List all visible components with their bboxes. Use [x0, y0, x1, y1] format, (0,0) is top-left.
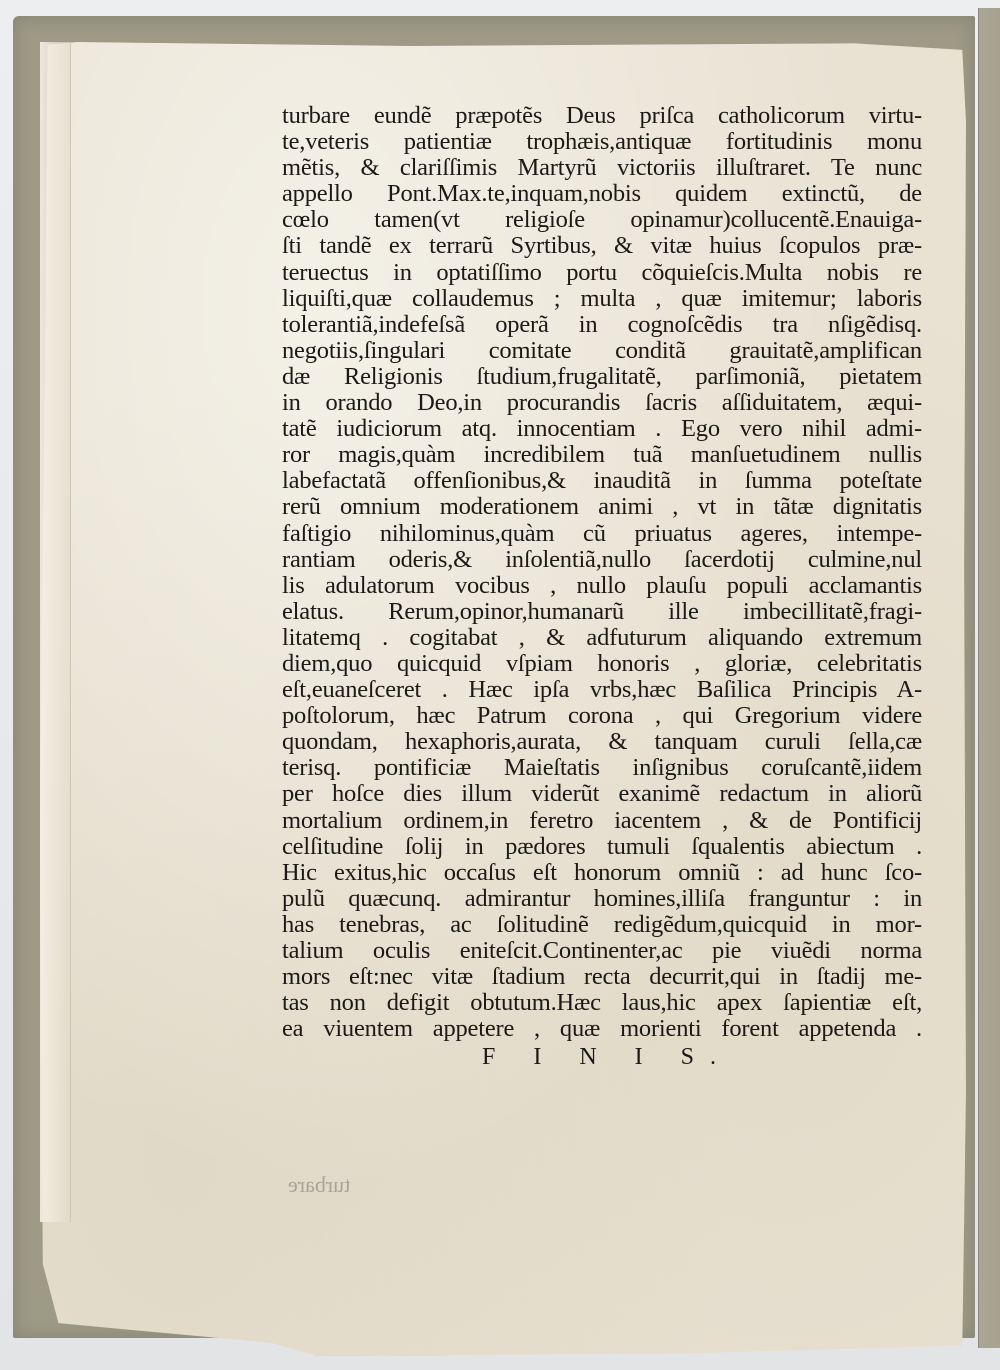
text-line: tatẽ iudiciorum atq. innocentiam . Ego v… — [282, 416, 922, 442]
text-line: tas non defigit obtutum.Hæc laus,hic ape… — [282, 990, 922, 1016]
text-line: teruectus in optatiſſimo portu cõquieſci… — [282, 260, 922, 286]
text-line: litatemq . cogitabat , & adfuturum aliqu… — [282, 625, 922, 651]
text-line: ſti tandẽ ex terrarũ Syrtibus, & vitæ hu… — [282, 233, 922, 259]
text-line: quondam, hexaphoris,aurata, & tanquam cu… — [282, 729, 922, 755]
text-line: talium oculis eniteſcit.Continenter,ac p… — [282, 938, 922, 964]
text-line: diem,quo quicquid vſpiam honoris , glori… — [282, 651, 922, 677]
text-line: turbare eundẽ præpotẽs Deus priſca catho… — [282, 103, 922, 129]
text-line: lis adulatorum vocibus , nullo plauſu po… — [282, 573, 922, 599]
text-line: negotiis,ſingulari comitate conditã grau… — [282, 338, 922, 364]
text-line: dæ Religionis ſtudium,frugalitatẽ, parſi… — [282, 364, 922, 390]
text-line: in orando Deo,in procurandis ſacris aſſi… — [282, 390, 922, 416]
adjacent-board-edge — [978, 8, 1000, 1348]
text-line: faſtigio nihilominus,quàm cũ priuatus ag… — [282, 521, 922, 547]
text-line: per hoſce dies illum viderũt exanimẽ red… — [282, 781, 922, 807]
text-line: rantiam oderis,& inſolentiã,nullo ſacerd… — [282, 547, 922, 573]
text-line: pulũ quæcunq. admirantur homines,illiſa … — [282, 886, 922, 912]
text-line: poſtolorum, hæc Patrum corona , qui Greg… — [282, 703, 922, 729]
finis-closing: F I N I S. — [282, 1044, 922, 1070]
text-line: appello Pont.Max.te,inquam,nobis quidem … — [282, 181, 922, 207]
text-line: rerũ omnium moderationem animi , vt in t… — [282, 494, 922, 520]
text-line: te,veteris patientiæ trophæis,antiquæ fo… — [282, 129, 922, 155]
text-line: Hic exitus,hic occaſus eſt honorum omniũ… — [282, 860, 922, 886]
text-line: ror magis,quàm incredibilem tuã manſuetu… — [282, 442, 922, 468]
text-line: cœlo tamen(vt religioſe opinamur)colluce… — [282, 207, 922, 233]
text-line: eſt,euaneſceret . Hæc ipſa vrbs,hæc Baſi… — [282, 677, 922, 703]
body-text: turbare eundẽ præpotẽs Deus priſca catho… — [282, 103, 922, 1070]
page-left-fold — [40, 42, 71, 1222]
text-line: celſitudine ſolij in pædores tumuli ſqua… — [282, 834, 922, 860]
text-line: labefactatã offenſionibus,& inauditã in … — [282, 468, 922, 494]
text-line: mortalium ordinem,in feretro iacentem , … — [282, 808, 922, 834]
text-line: elatus. Rerum,opinor,humanarũ ille imbec… — [282, 599, 922, 625]
text-line: ea viuentem appetere , quæ morienti fore… — [282, 1016, 922, 1042]
text-line: liquiſti,quæ collaudemus ; multa , quæ i… — [282, 286, 922, 312]
text-line: has tenebras, ac ſolitudinẽ redigẽdum,qu… — [282, 912, 922, 938]
text-line: mors eſt:nec vitæ ſtadium recta decurrit… — [282, 964, 922, 990]
photo-scene: turbare turbare eundẽ præpotẽs Deus priſ… — [0, 0, 1000, 1370]
text-line: mẽtis, & clariſſimis Martyrũ victoriis i… — [282, 155, 922, 181]
text-line: terisq. pontificiæ Maieſtatis inſignibus… — [282, 755, 922, 781]
text-line: tolerantiã,indefeſsã operã in cognoſcẽdi… — [282, 312, 922, 338]
showthrough-text: turbare — [288, 1172, 350, 1198]
